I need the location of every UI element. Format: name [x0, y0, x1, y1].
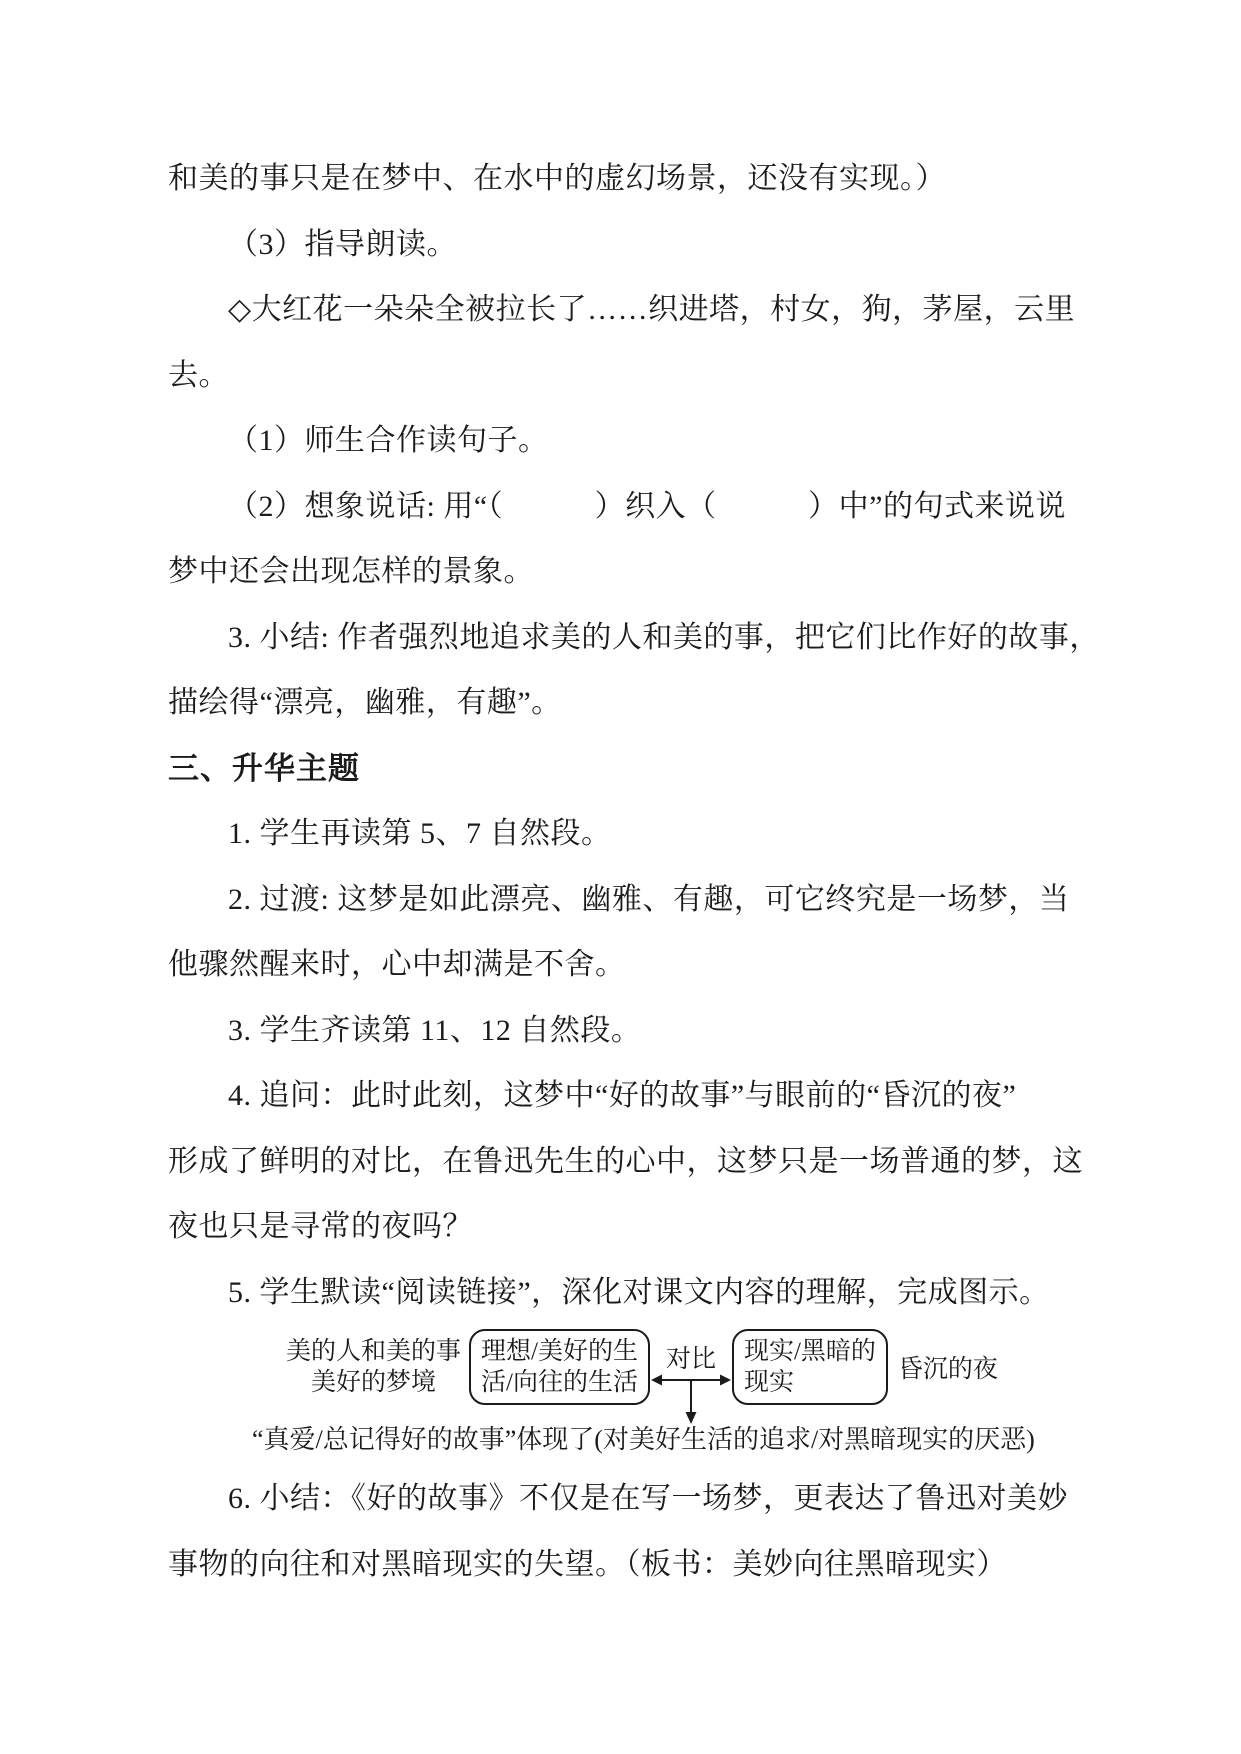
- diagram-left-label-line1: 美的人和美的事: [286, 1336, 461, 1367]
- text-line: （1）师生合作读句子。: [168, 408, 1171, 474]
- text-line: 去。: [168, 343, 1171, 409]
- diagram-caption: “真爱/总记得好的故事”体现了(对美好生活的追求/对黑暗现实的厌恶): [252, 1422, 1171, 1458]
- diagram-left-label-line2: 美好的梦境: [286, 1367, 461, 1398]
- text-line: 他骤然醒来时，心中却满是不舍。: [168, 932, 1171, 998]
- text-line: 4. 追问：此时此刻，这梦中“好的故事”与眼前的“昏沉的夜”: [168, 1063, 1171, 1129]
- text-line: 梦中还会出现怎样的景象。: [168, 539, 1171, 605]
- text-line: 5. 学生默读“阅读链接”，深化对课文内容的理解，完成图示。: [168, 1260, 1171, 1326]
- section-heading: 三、升华主题: [168, 736, 1171, 802]
- text-line: 6. 小结：《好的故事》不仅是在写一场梦，更表达了鲁迅对美妙: [168, 1466, 1171, 1532]
- diagram-right-label: 昏沉的夜: [898, 1349, 998, 1385]
- text-line: ◇大红花一朵朵全被拉长了……织进塔，村女，狗，茅屋，云里: [168, 277, 1171, 343]
- diagram-row: 美的人和美的事 美好的梦境 理想/美好的生 活/向往的生活 对比: [286, 1327, 1171, 1406]
- text-line: （3）指导朗读。: [168, 212, 1171, 278]
- closing-paragraph: 6. 小结：《好的故事》不仅是在写一场梦，更表达了鲁迅对美妙 事物的向往和对黑暗…: [168, 1466, 1171, 1597]
- text-line: 3. 小结: 作者强烈地追求美的人和美的事，把它们比作好的故事，: [168, 605, 1171, 671]
- ideal-life-box-line1: 理想/美好的生: [481, 1336, 638, 1367]
- text-line: 2. 过渡: 这梦是如此漂亮、幽雅、有趣，可它终究是一场梦，当: [168, 867, 1171, 933]
- compare-arrow-group: 对比: [650, 1346, 732, 1387]
- text-line: 3. 学生齐读第 11、12 自然段。: [168, 998, 1171, 1064]
- reality-box-line1: 现实/黑暗的: [744, 1336, 876, 1367]
- compare-label: 对比: [666, 1346, 716, 1373]
- document-page: 和美的事只是在梦中、在水中的虚幻场景，还没有实现。） （3）指导朗读。 ◇大红花…: [0, 0, 1241, 1597]
- text-line: 形成了鲜明的对比，在鲁迅先生的心中，这梦只是一场普通的梦，这: [168, 1129, 1171, 1195]
- text-line: 夜也只是寻常的夜吗？: [168, 1194, 1171, 1260]
- text-line: 和美的事只是在梦中、在水中的虚幻场景，还没有实现。）: [168, 146, 1171, 212]
- text-line: 1. 学生再读第 5、7 自然段。: [168, 801, 1171, 867]
- diagram-left-label: 美的人和美的事 美好的梦境: [286, 1336, 461, 1398]
- text-line: （2）想象说话: 用“（ ）织入（ ）中”的句式来说说: [168, 474, 1171, 540]
- reality-box: 现实/黑暗的 现实: [732, 1329, 888, 1405]
- ideal-life-box: 理想/美好的生 活/向往的生活: [469, 1329, 650, 1405]
- ideal-life-box-line2: 活/向往的生活: [481, 1367, 638, 1398]
- teaching-diagram: 美的人和美的事 美好的梦境 理想/美好的生 活/向往的生活 对比: [168, 1327, 1171, 1458]
- text-line: 描绘得“漂亮，幽雅，有趣”。: [168, 670, 1171, 736]
- text-line: 事物的向往和对黑暗现实的失望。（板书：美妙向往黑暗现实）: [168, 1532, 1171, 1598]
- down-arrow-icon: [684, 1380, 698, 1424]
- reality-box-line2: 现实: [744, 1367, 876, 1398]
